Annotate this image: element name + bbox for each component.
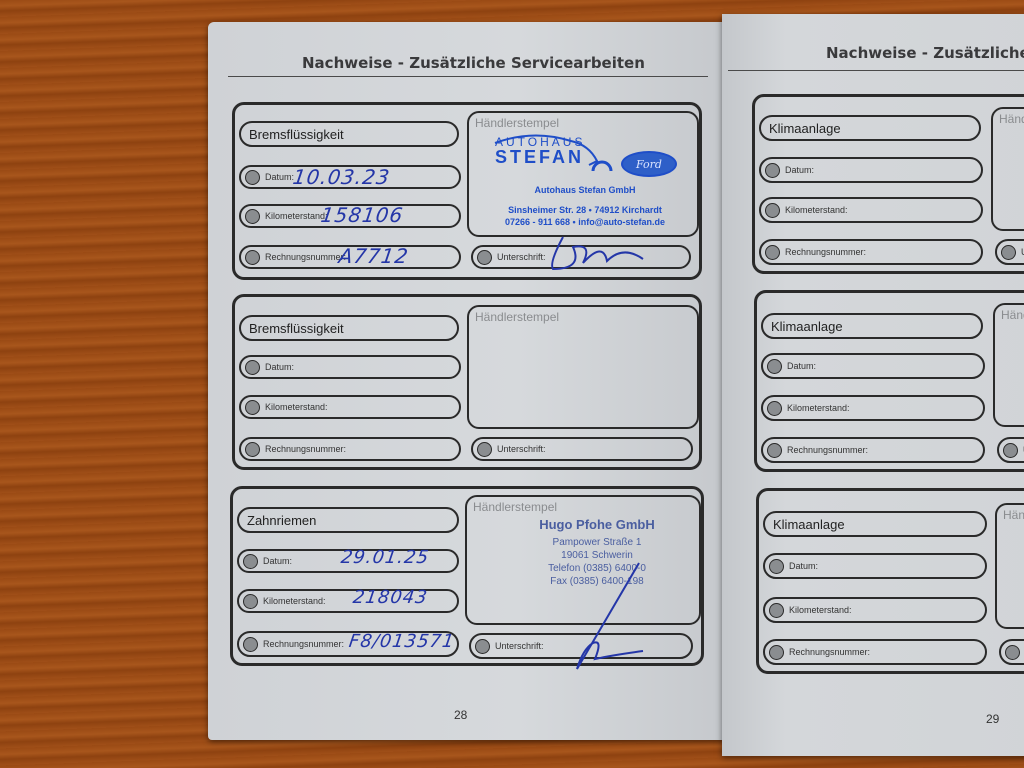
bullet-icon <box>767 443 782 458</box>
km-label: Kilometerstand: <box>789 605 852 615</box>
signature-field[interactable]: U <box>995 239 1024 265</box>
service-card: Zahnriemen Datum: 29.01.25 Kilometerstan… <box>230 486 704 666</box>
rechnung-label: Rechnungsnummer: <box>785 247 866 257</box>
service-card: Bremsflüssigkeit Datum: Kilometerstand: … <box>232 294 702 470</box>
bullet-icon <box>245 250 260 265</box>
km-value: 218043 <box>352 587 430 608</box>
service-name: Bremsflüssigkeit <box>239 315 459 341</box>
dealer-stamp-box: Händlerstempel AUTOHAUS STEFAN Ford Auto… <box>467 111 699 237</box>
service-card: Klimaanlage Datum: Kilometerstand: Rechn… <box>756 488 1024 674</box>
service-name: Klimaanlage <box>759 115 981 141</box>
rechnung-label: Rechnungsnummer: <box>263 639 344 649</box>
bullet-icon <box>245 442 260 457</box>
service-name: Klimaanlage <box>763 511 987 537</box>
bullet-icon <box>475 639 490 654</box>
stamp-street: Pampower Straße 1 <box>507 537 687 548</box>
bullet-icon <box>769 603 784 618</box>
bullet-icon <box>769 559 784 574</box>
stamp-label: Händlerstempel <box>475 116 559 130</box>
service-card: Klimaanlage Datum: Kilometerstand: Rechn… <box>752 94 1024 274</box>
service-name: Klimaanlage <box>761 313 983 339</box>
bullet-icon <box>243 594 258 609</box>
km-label: Kilometerstand: <box>787 403 850 413</box>
bullet-icon <box>767 359 782 374</box>
bullet-icon <box>245 170 260 185</box>
page-title: Nachweise - Zusätzliche Servicearbeiten <box>302 54 645 72</box>
signature-field[interactable]: U <box>999 639 1024 665</box>
datum-label: Datum: <box>789 561 818 571</box>
stamp-label: Händ <box>1003 508 1024 522</box>
signature-scribble <box>543 233 653 273</box>
datum-label: Datum: <box>787 361 816 371</box>
km-field[interactable]: Kilometerstand: <box>761 395 985 421</box>
bullet-icon <box>767 401 782 416</box>
datum-value: 29.01.25 <box>340 547 431 568</box>
datum-field[interactable]: Datum: <box>759 157 983 183</box>
page-number: 29 <box>986 712 999 726</box>
bullet-icon <box>245 400 260 415</box>
stamp-label: Händlerstempel <box>475 310 559 324</box>
bullet-icon <box>477 250 492 265</box>
km-field[interactable]: Kilometerstand: <box>763 597 987 623</box>
stamp-address: Sinsheimer Str. 28 • 74912 Kirchardt <box>469 205 701 215</box>
title-rule <box>728 70 1024 71</box>
dealer-stamp-box: Händ <box>993 303 1024 427</box>
title-rule <box>228 76 708 77</box>
stamp-label: Händlerstempel <box>473 500 557 514</box>
bullet-icon <box>1005 645 1020 660</box>
rechnung-field[interactable]: Rechnungsnummer: <box>759 239 983 265</box>
right-page: Nachweise - Zusätzliche Klimaanlage Datu… <box>722 14 1024 756</box>
dealer-stamp-box: Händ <box>991 107 1024 231</box>
bullet-icon <box>245 360 260 375</box>
bullet-icon <box>243 637 258 652</box>
datum-value: 10.03.23 <box>291 165 391 189</box>
rechnung-field[interactable]: Rechnungsnummer: <box>763 639 987 665</box>
stamp-label: Händ <box>1001 308 1024 322</box>
bullet-icon <box>765 203 780 218</box>
stamp-contact: 07266 - 911 668 • info@auto-stefan.de <box>469 217 701 227</box>
km-field[interactable]: Kilometerstand: <box>239 395 461 419</box>
rechnung-label: Rechnungsnummer: <box>265 444 346 454</box>
datum-label: Datum: <box>263 556 292 566</box>
bullet-icon <box>765 245 780 260</box>
signature-scribble <box>573 559 663 669</box>
rechnung-field[interactable]: Rechnungsnummer: <box>761 437 985 463</box>
bullet-icon <box>1001 245 1016 260</box>
page-title: Nachweise - Zusätzliche <box>826 44 1024 62</box>
service-card: Klimaanlage Datum: Kilometerstand: Rechn… <box>754 290 1024 472</box>
km-label: Kilometerstand: <box>265 211 328 221</box>
dealer-stamp-box: Händlerstempel <box>467 305 699 429</box>
dealer-stamp-box: Händ <box>995 503 1024 629</box>
left-page: Nachweise - Zusätzliche Servicearbeiten … <box>208 22 724 740</box>
service-name: Zahnriemen <box>237 507 459 533</box>
datum-field[interactable]: Datum: <box>239 355 461 379</box>
service-name: Bremsflüssigkeit <box>239 121 459 147</box>
bullet-icon <box>477 442 492 457</box>
km-label: Kilometerstand: <box>265 402 328 412</box>
km-value: 158106 <box>319 203 405 227</box>
datum-field[interactable]: Datum: <box>761 353 985 379</box>
rechnung-field[interactable]: Rechnungsnummer: <box>239 437 461 461</box>
rechnung-value: F8/013571 <box>348 631 457 652</box>
signature-label: Unterschrift: <box>497 252 546 262</box>
bullet-icon <box>1003 443 1018 458</box>
signature-field[interactable]: U <box>997 437 1024 463</box>
bullet-icon <box>245 209 260 224</box>
signature-field[interactable]: Unterschrift: <box>471 437 693 461</box>
rechnung-label: Rechnungsnummer: <box>265 252 346 262</box>
datum-field[interactable]: Datum: <box>763 553 987 579</box>
datum-label: Datum: <box>265 362 294 372</box>
signature-label: Unterschrift: <box>497 444 546 454</box>
stamp-company: Autohaus Stefan GmbH <box>469 185 701 195</box>
bullet-icon <box>765 163 780 178</box>
stamp-label: Händ <box>999 112 1024 126</box>
signature-label: Unterschrift: <box>495 641 544 651</box>
datum-label: Datum: <box>785 165 814 175</box>
ford-logo: Ford <box>621 151 677 177</box>
km-label: Kilometerstand: <box>263 596 326 606</box>
rechnung-value: A7712 <box>337 244 410 268</box>
rechnung-label: Rechnungsnummer: <box>789 647 870 657</box>
bullet-icon <box>769 645 784 660</box>
page-number: 28 <box>454 708 467 722</box>
bullet-icon <box>243 554 258 569</box>
datum-label: Datum: <box>265 172 294 182</box>
car-logo-icon <box>493 131 613 171</box>
km-field[interactable]: Kilometerstand: <box>759 197 983 223</box>
rechnung-label: Rechnungsnummer: <box>787 445 868 455</box>
service-card: Bremsflüssigkeit Datum: 10.03.23 Kilomet… <box>232 102 702 280</box>
stamp-company: Hugo Pfohe GmbH <box>507 517 687 532</box>
km-label: Kilometerstand: <box>785 205 848 215</box>
